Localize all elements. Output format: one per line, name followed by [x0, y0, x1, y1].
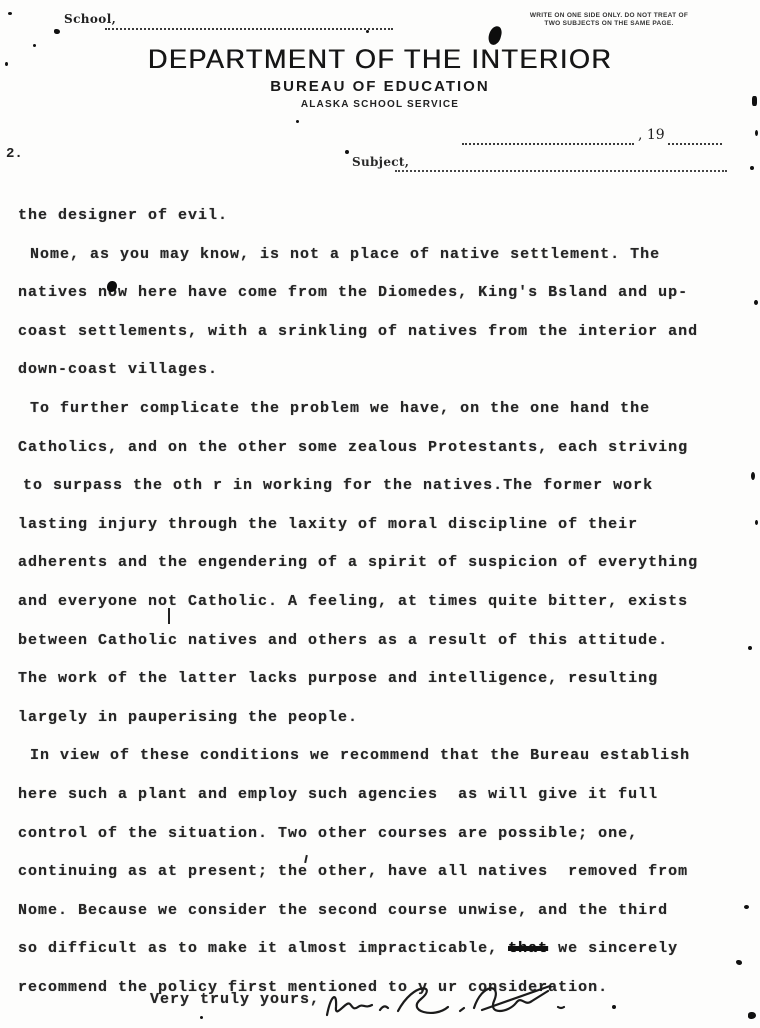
scan-speck [5, 62, 8, 66]
typed-line: here such a plant and employ such agenci… [18, 776, 734, 815]
date-year-prefix: , 19 [638, 127, 665, 143]
date-blank-line [462, 126, 634, 145]
letter-body: the designer of evil. Nome, as you may k… [18, 197, 734, 1007]
typed-line: largely in pauperising the people. [18, 699, 734, 738]
letterhead-service: ALASKA SCHOOL SERVICE [0, 99, 760, 110]
edge-artifact [755, 520, 758, 525]
ink-blot [487, 25, 503, 46]
closing-salutation: Very truly yours, [150, 991, 320, 1008]
scan-speck [33, 44, 36, 47]
signature-scrawl [322, 977, 574, 1028]
typed-line: adherents and the engendering of a spiri… [18, 544, 734, 583]
form-instructions-line2: TWO SUBJECTS ON THE SAME PAGE. [500, 20, 718, 28]
school-field: School, [64, 10, 394, 30]
letterhead-bureau: BUREAU OF EDUCATION [0, 78, 760, 95]
typed-line: to surpass the oth r in working for the … [18, 467, 734, 506]
typed-line: between Catholic natives and others as a… [18, 622, 734, 661]
edge-artifact [751, 472, 755, 480]
typed-line: Nome, as you may know, is not a place of… [18, 236, 734, 275]
scan-speck [296, 120, 299, 123]
typed-line: Nome. Because we consider the second cou… [18, 892, 734, 931]
typed-line: To further complicate the problem we hav… [18, 390, 734, 429]
edge-artifact [744, 905, 749, 909]
date-field: , 19 [462, 126, 724, 146]
scan-speck [345, 150, 349, 154]
scan-speck [200, 1016, 203, 1019]
edge-artifact [736, 960, 742, 965]
typed-line: The work of the latter lacks purpose and… [18, 660, 734, 699]
scan-speck [8, 12, 12, 15]
typed-line: down-coast villages. [18, 351, 734, 390]
scanned-letter-page: School, WRITE ON ONE SIDE ONLY. DO NOT T… [0, 0, 760, 1028]
form-instructions: WRITE ON ONE SIDE ONLY. DO NOT TREAT OF … [500, 12, 718, 28]
typed-line-with-strikeout: so difficult as to make it almost imprac… [18, 930, 734, 969]
strike-line-pre: so difficult as to make it almost imprac… [18, 940, 508, 957]
typed-line: the designer of evil. [18, 197, 734, 236]
signature-svg [322, 977, 574, 1028]
struck-out-word: that [508, 940, 548, 957]
edge-artifact [754, 300, 758, 305]
scan-speck [612, 1005, 616, 1009]
typed-line: In view of these conditions we recommend… [18, 737, 734, 776]
edge-artifact [752, 96, 757, 106]
typed-line: natives now here have come from the Diom… [18, 274, 734, 313]
subject-blank-line [395, 154, 727, 172]
page-number: 2. [6, 146, 23, 162]
typed-line: control of the situation. Two other cour… [18, 815, 734, 854]
edge-artifact [748, 646, 752, 650]
scan-speck [54, 29, 60, 34]
date-year-blank-line [668, 126, 722, 145]
strike-line-post: we sincerely [548, 940, 678, 957]
typed-line: Catholics, and on the other some zealous… [18, 429, 734, 468]
typed-line: coast settlements, with a srinkling of n… [18, 313, 734, 352]
scan-speck [366, 30, 369, 33]
subject-field: Subject, [352, 153, 728, 173]
typed-line: continuing as at present; the other, hav… [18, 853, 734, 892]
edge-artifact [750, 166, 754, 170]
typed-line: and everyone not Catholic. A feeling, at… [18, 583, 734, 622]
school-blank-line [105, 12, 393, 30]
letterhead-department: DEPARTMENT OF THE INTERIOR [0, 44, 760, 75]
edge-artifact [755, 130, 758, 136]
edge-artifact [748, 1012, 756, 1019]
form-instructions-line1: WRITE ON ONE SIDE ONLY. DO NOT TREAT OF [500, 12, 718, 20]
typed-line: lasting injury through the laxity of mor… [18, 506, 734, 545]
scan-tick-artifact [168, 608, 170, 624]
